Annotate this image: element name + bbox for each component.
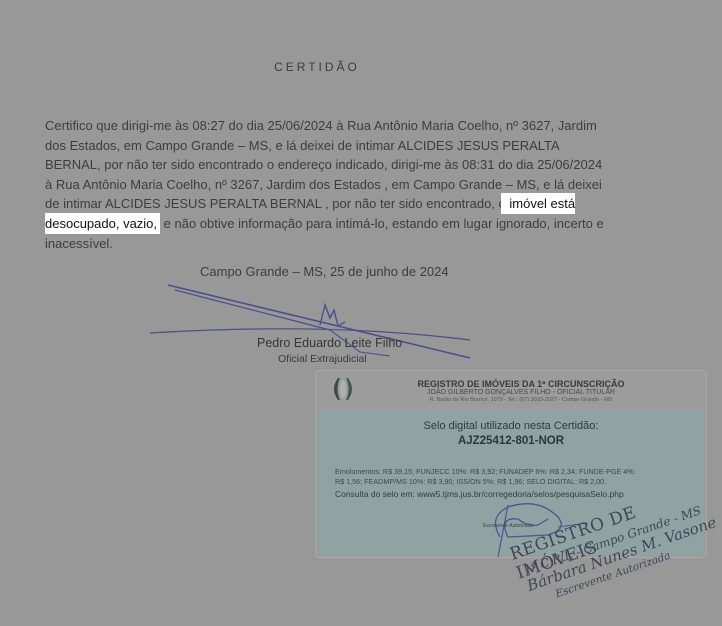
signer-name: Pedro Eduardo Leite Filho [257,336,402,350]
certificate-body: Certifico que dirigi-me às 08:27 do dia … [45,116,605,253]
signer-role: Oficial Extrajudicial [278,353,367,365]
registry-address: R. Barão do Rio Branco, 1079 - Tel.: (67… [376,397,666,403]
registry-title: REGISTRO DE IMÓVEIS DA 1ª CIRCUNSCRIÇÃO [376,379,666,389]
registry-officer: JOÃO GILBERTO GONÇALVES FILHO - OFICIAL … [376,389,666,396]
place-date: Campo Grande – MS, 25 de junho de 2024 [200,264,449,279]
certificate-page: CERTIDÃO Certifico que dirigi-me às 08:2… [0,0,722,626]
seal-header: REGISTRO DE IMÓVEIS DA 1ª CIRCUNSCRIÇÃO … [316,371,706,407]
registry-logo-icon [328,375,358,403]
seal-code: AJZ25412-801-NOR [318,435,704,447]
document-title: CERTIDÃO [0,60,634,74]
seal-label: Selo digital utilizado nesta Certidão: [318,420,704,432]
